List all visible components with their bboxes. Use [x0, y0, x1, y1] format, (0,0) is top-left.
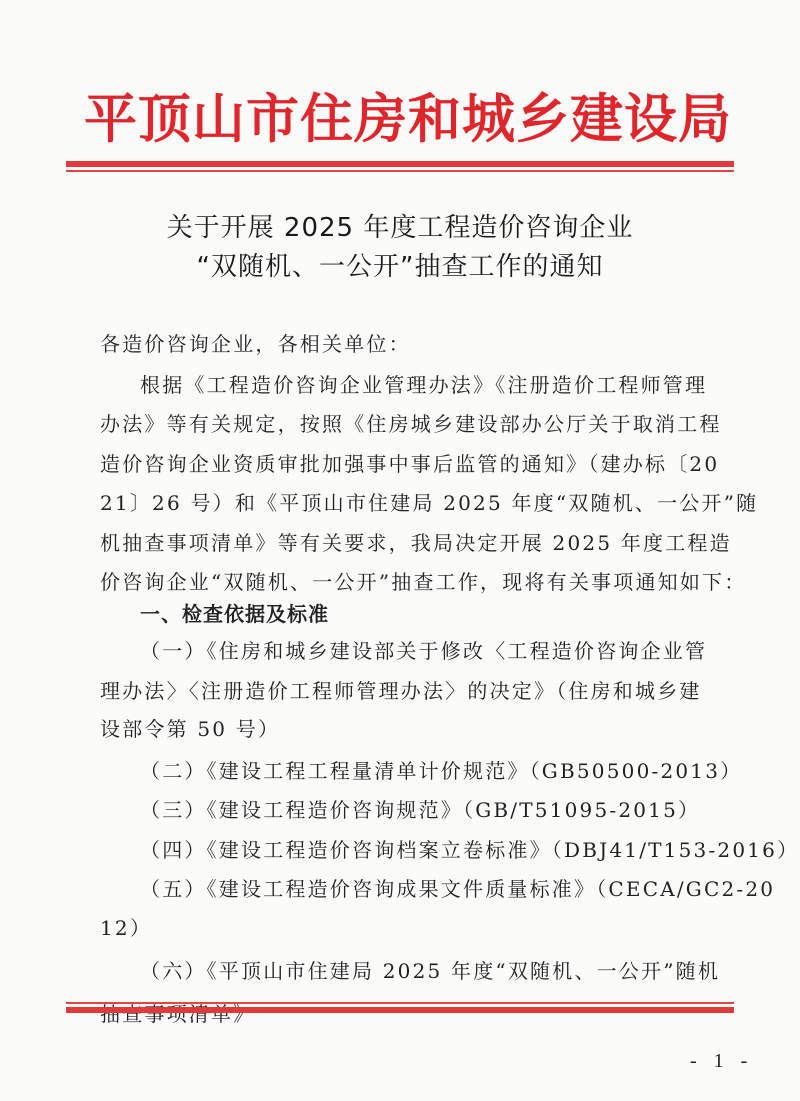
body-line: 造价咨询企业资质审批加强事中事后监管的通知》（建办标〔20 [100, 451, 719, 477]
section-1-item: （二）《建设工程工程量清单计价规范》（GB50500-2013） [140, 758, 742, 784]
header-rule-thin [66, 170, 734, 172]
section-1-item: （四）《建设工程造价咨询档案立卷标准》（DBJ41/T153-2016） [140, 837, 799, 863]
section-1-item: （五）《建设工程造价咨询成果文件质量标准》（CECA/GC2-20 [140, 876, 775, 902]
section-1-item: （六）《平顶山市住建局 2025 年度“双随机、一公开”随机 [140, 958, 720, 984]
section-1-item: 理办法〉〈注册造价工程师管理办法〉的决定》（住房和城乡建 [100, 678, 702, 704]
body-line: 办法》等有关规定，按照《住房城乡建设部办公厅关于取消工程 [100, 411, 722, 437]
letterhead-issuer: 平顶山市住房和城乡建设局 [84, 84, 724, 154]
body-line: 价咨询企业“双随机、一公开”抽查工作，现将有关事项通知如下： [100, 569, 746, 595]
section-1-item: 设部令第 50 号） [100, 716, 280, 742]
body-line: 21〕26 号）和《平顶山市住建局 2025 年度“双随机、一公开”随 [100, 490, 758, 516]
document-title-line-1: 关于开展 2025 年度工程造价咨询企业 [0, 207, 800, 249]
footer-rule-thin [66, 1002, 734, 1004]
section-1-item: 12） [100, 915, 152, 941]
page-number: - 1 - [690, 1050, 753, 1073]
body-line: 机抽查事项清单》等有关要求，我局决定开展 2025 年度工程造 [100, 530, 732, 556]
body-line: 根据《工程造价咨询企业管理办法》《注册造价工程师管理 [140, 372, 707, 398]
section-1-item: 抽查事项清单》 [100, 1001, 255, 1027]
header-rule-thick [66, 161, 734, 167]
section-1-heading: 一、检查依据及标准 [140, 601, 329, 627]
footer-rule-thick [66, 1007, 734, 1013]
document-title-line-2: “双随机、一公开”抽查工作的通知 [0, 246, 800, 288]
section-1-item: （一）《住房和城乡建设部关于修改〈工程造价咨询企业管 [140, 638, 707, 664]
salutation: 各造价咨询企业，各相关单位： [100, 331, 411, 357]
section-1-item: （三）《建设工程造价咨询规范》（GB/T51095-2015） [140, 797, 700, 823]
